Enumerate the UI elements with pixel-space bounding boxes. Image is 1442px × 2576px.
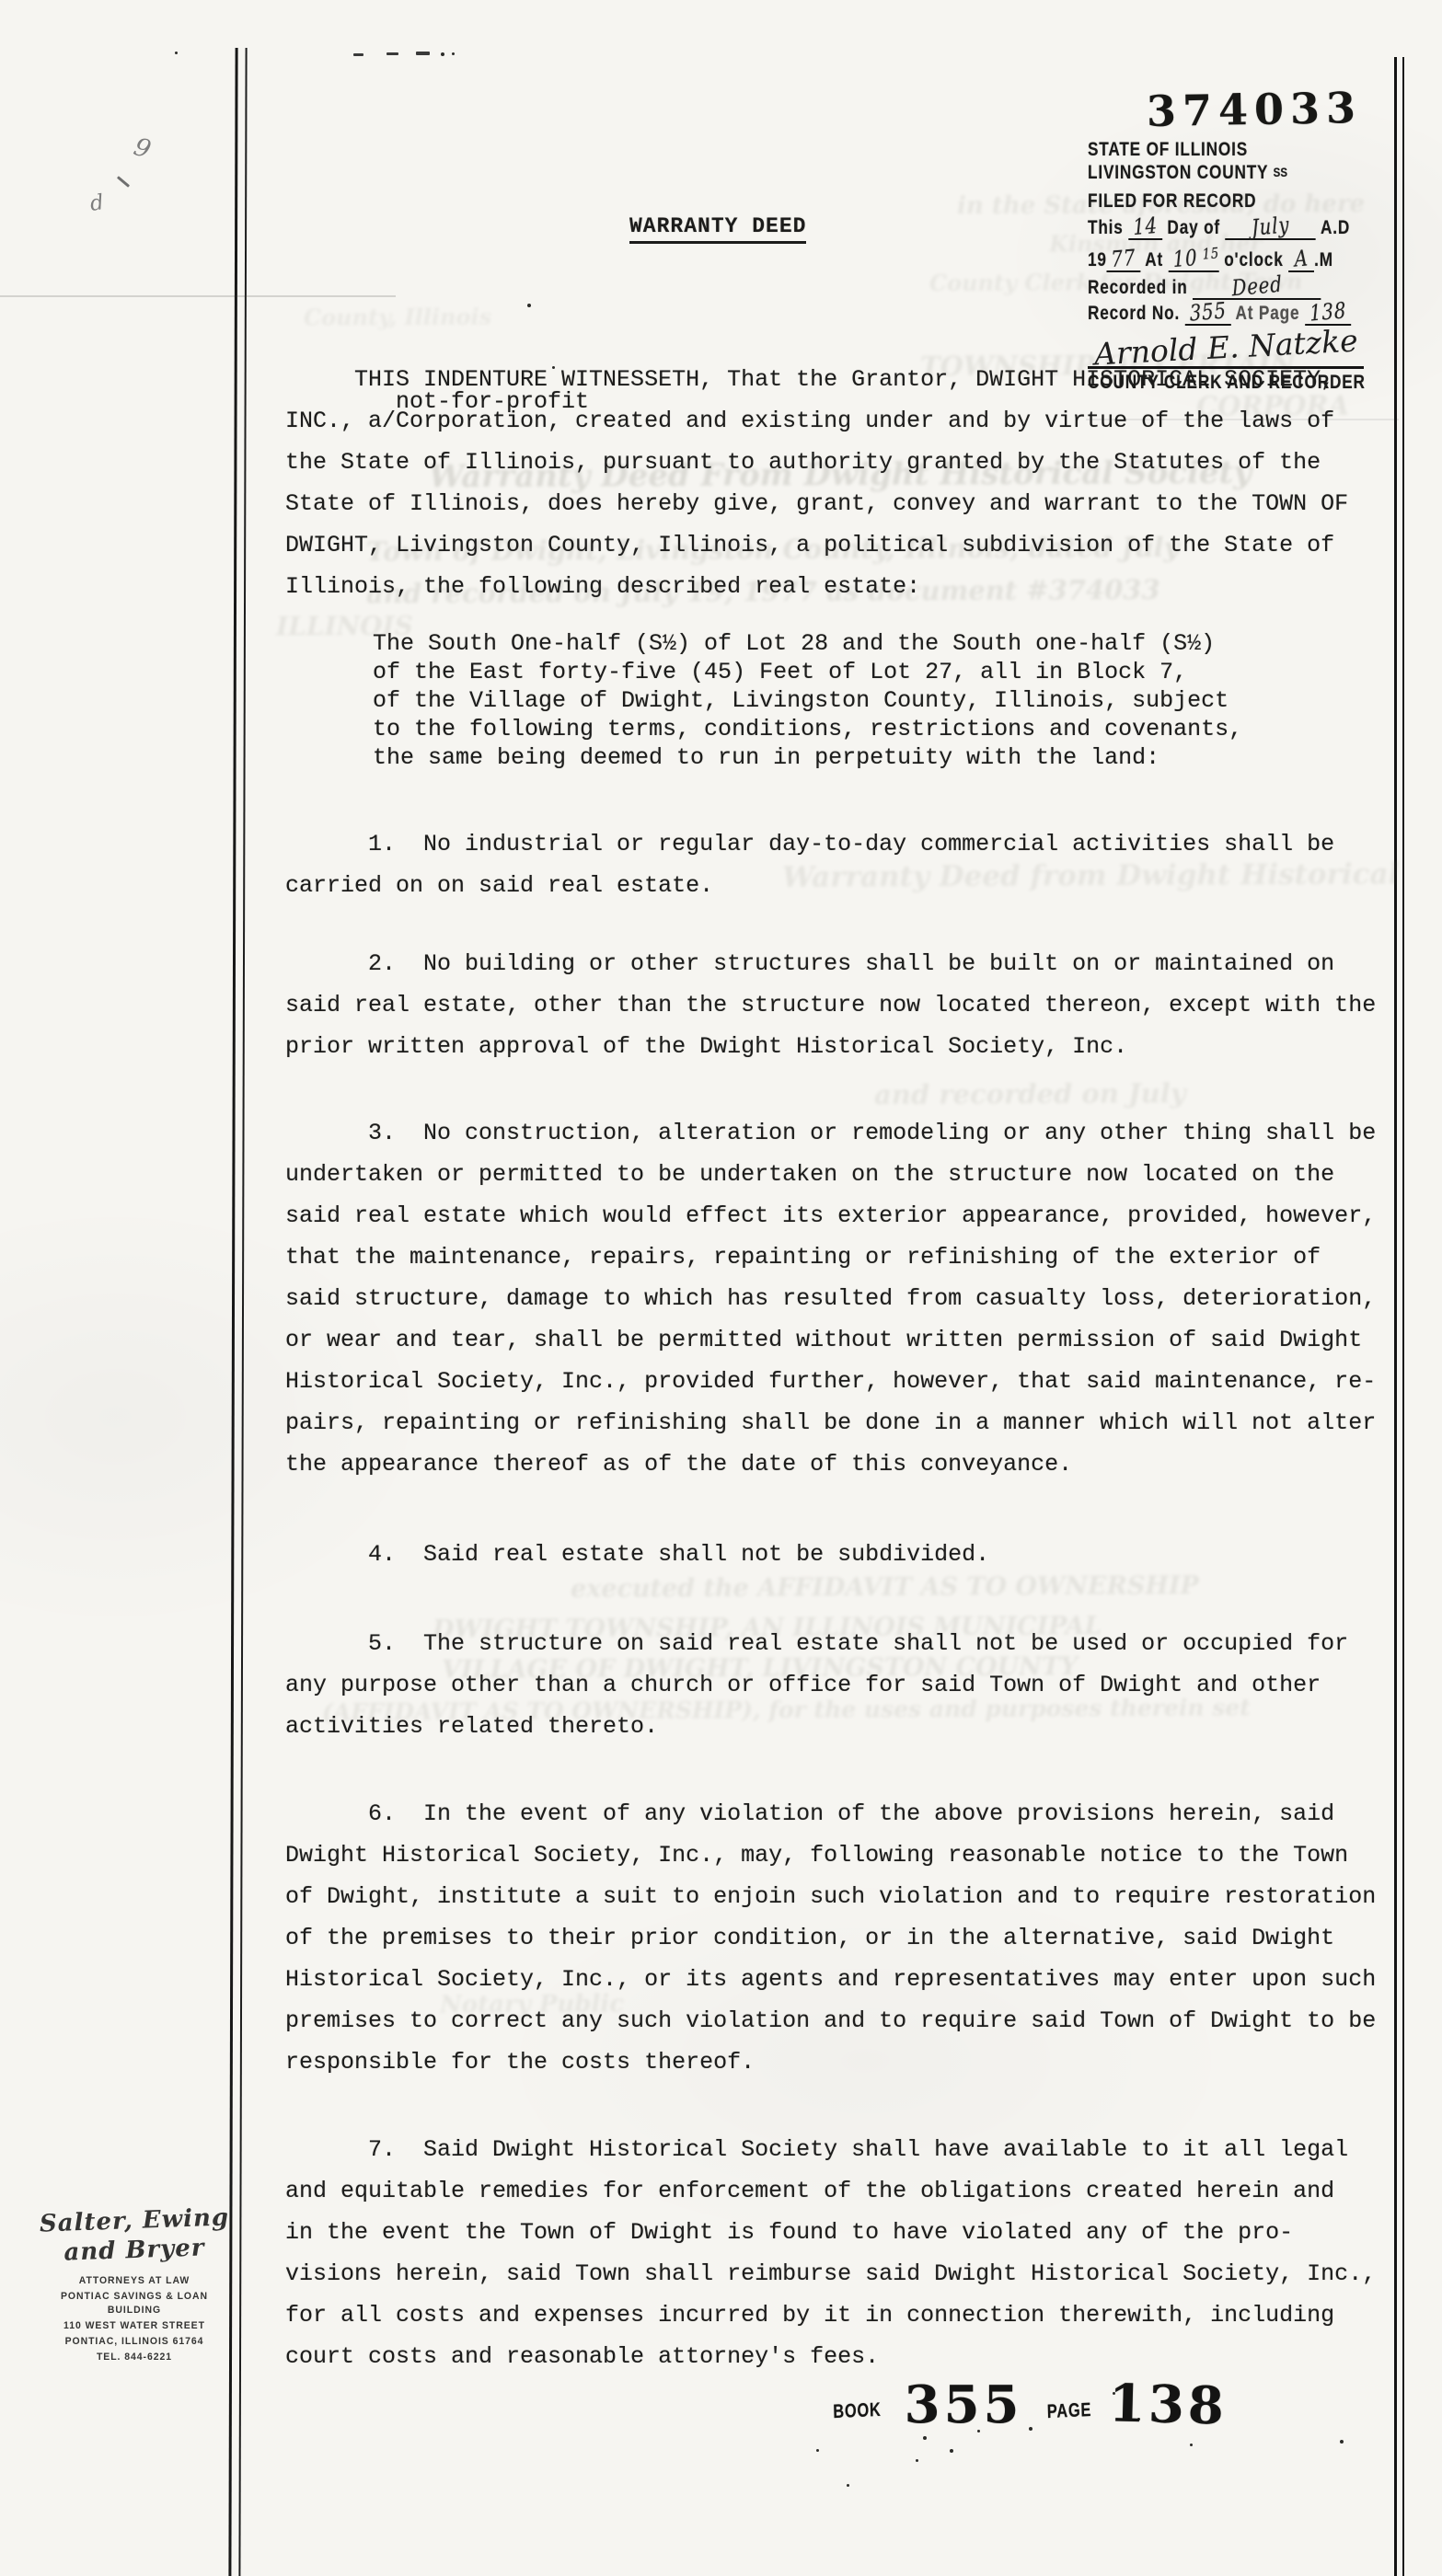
stamp-record-no-line: Record No. 355 At Page 138	[1088, 302, 1348, 326]
handwritten-record-number: 355	[1184, 300, 1231, 324]
bleedthrough-text: and recorded on July	[874, 1077, 1186, 1110]
ink-speck	[527, 304, 531, 307]
stamp-date-line: This 14 Day of July A.D	[1088, 216, 1348, 240]
top-tick-mark	[353, 53, 363, 56]
handwritten-hour: 10	[1168, 247, 1203, 270]
bleedthrough-text: County, Illinois	[304, 303, 491, 330]
stamp-filed-line: FILED FOR RECORD	[1088, 190, 1348, 213]
inserted-correction-text: not-for-profit	[396, 390, 589, 413]
book-number: 355	[905, 2375, 1023, 2435]
ink-speck	[441, 52, 444, 56]
handwritten-day: 14	[1128, 214, 1163, 237]
covenant-paragraph-6: 6. In the event of any violation of the …	[285, 1793, 1376, 2083]
ink-speck	[816, 2449, 819, 2452]
ink-speck	[847, 2484, 849, 2487]
handwritten-page-number: 138	[1304, 300, 1351, 324]
recorder-filing-stamp: STATE OF ILLINOIS LIVINGSTON COUNTY SS F…	[1088, 138, 1405, 394]
book-page-stamp: BOOK 355 PAGE 138	[826, 2375, 1228, 2435]
ink-speck	[923, 2436, 927, 2440]
attorney-role: ATTORNEYS AT LAW	[33, 2274, 236, 2288]
page-number: 138	[1108, 2373, 1229, 2436]
pencil-squiggle: 9	[131, 132, 155, 165]
scan-artifact-line	[0, 295, 396, 297]
handwritten-year: 77	[1106, 247, 1141, 270]
page-label: PAGE	[1047, 2399, 1092, 2423]
stamp-time-line: 1977 At 1015 o'clock A.M	[1088, 244, 1348, 272]
stamp-state-line: STATE OF ILLINOIS	[1088, 138, 1348, 161]
right-margin-rule	[1394, 57, 1404, 2576]
bleedthrough-text: executed the AFFIDAVIT AS TO OWNERSHIP	[571, 1571, 1199, 1604]
pencil-d-mark: d	[88, 190, 105, 216]
top-tick-mark	[386, 52, 398, 55]
ink-speck	[1340, 2440, 1344, 2444]
top-tick-mark	[416, 52, 430, 55]
attorney-phone: TEL. 844-6221	[33, 2351, 236, 2364]
handwritten-minute: 15	[1202, 243, 1220, 265]
book-label: BOOK	[833, 2399, 882, 2423]
document-number-stamp: 374033	[1147, 83, 1363, 136]
stamp-recorded-line: Recorded in Deed	[1088, 276, 1348, 300]
document-title: WARRANTY DEED	[629, 214, 806, 244]
covenant-paragraph-5: 5. The structure on said real estate sha…	[285, 1623, 1348, 1747]
left-margin-rule	[228, 48, 247, 2576]
attorney-stamp: Salter, Ewing and Bryer ATTORNEYS AT LAW…	[28, 2206, 241, 2364]
attorney-building: PONTIAC SAVINGS & LOAN BUILDING	[33, 2290, 236, 2317]
handwritten-month: July	[1247, 214, 1295, 238]
covenant-paragraph-4: 4. Said real estate shall not be subdivi…	[285, 1534, 989, 1575]
covenant-paragraph-3: 3. No construction, alteration or remode…	[285, 1112, 1376, 1485]
ss-jurat-mark: SS	[1274, 165, 1287, 179]
covenant-paragraph-2: 2. No building or other structures shall…	[285, 943, 1376, 1067]
covenant-paragraph-1: 1. No industrial or regular day-to-day c…	[285, 823, 1334, 906]
handwritten-meridiem: A	[1289, 247, 1313, 270]
pencil-dash	[117, 176, 130, 188]
ink-speck	[1190, 2444, 1193, 2446]
ink-speck	[950, 2449, 953, 2453]
attorney-city-state: PONTIAC, ILLINOIS 61764	[33, 2335, 236, 2349]
attorney-street: 110 WEST WATER STREET	[33, 2319, 236, 2333]
ink-speck	[175, 52, 178, 54]
covenant-paragraph-7: 7. Said Dwight Historical Society shall …	[285, 2129, 1376, 2377]
ink-speck	[916, 2459, 918, 2462]
legal-description: The South One-half (S½) of Lot 28 and th…	[373, 629, 1242, 772]
firm-name-line-2: and Bryer	[28, 2232, 242, 2269]
scanned-deed-page: in the State aforesaid, do here Kinsman …	[0, 0, 1442, 2576]
handwritten-record-type: Deed	[1227, 273, 1287, 298]
ink-speck	[452, 52, 455, 55]
stamp-county-line: LIVINGSTON COUNTY SS	[1088, 161, 1348, 184]
